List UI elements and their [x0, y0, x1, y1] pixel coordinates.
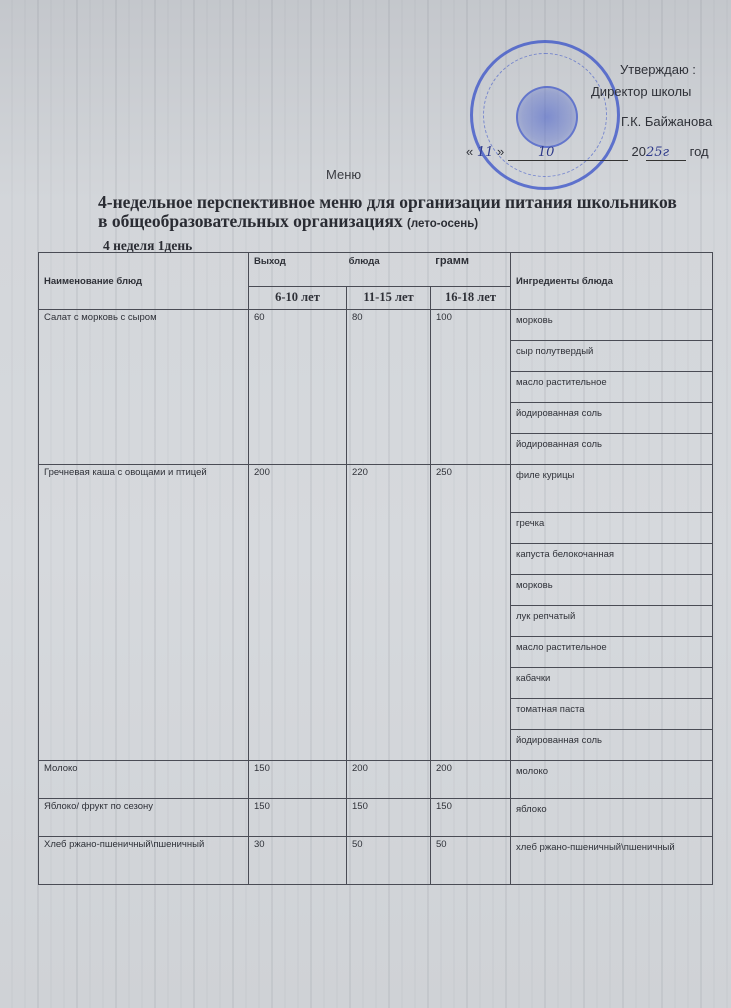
ingredient-cell: лук репчатый: [511, 606, 713, 637]
ingredient-cell: капуста белокочанная: [511, 544, 713, 575]
yield-16-18: 250: [431, 465, 511, 761]
ingredient-cell: йодированная соль: [511, 434, 713, 465]
approval-label: Утверждаю :: [620, 62, 696, 77]
yield-6-10: 30: [249, 837, 347, 885]
yield-11-15: 50: [347, 837, 431, 885]
ingredient-cell: морковь: [511, 310, 713, 341]
menu-heading: Меню: [326, 167, 361, 182]
approval-year-suffix: 25г: [646, 145, 686, 161]
dish-name: Салат с морковь с сыром: [39, 310, 249, 465]
ingredient-cell: томатная паста: [511, 699, 713, 730]
header-dish: Наименование блюд: [39, 253, 249, 310]
header-output-3: грамм: [435, 255, 469, 267]
yield-16-18: 150: [431, 799, 511, 837]
dish-name: Молоко: [39, 761, 249, 799]
table-row: Хлеб ржано-пшеничный\пшеничный305050хлеб…: [39, 837, 713, 885]
yield-6-10: 150: [249, 799, 347, 837]
approval-year-prefix: 20: [632, 144, 646, 159]
table-row: Салат с морковь с сыром6080100морковь: [39, 310, 713, 341]
ingredient-cell: молоко: [511, 761, 713, 799]
quote-open: «: [466, 144, 473, 159]
approval-month: 10: [508, 145, 628, 161]
yield-16-18: 50: [431, 837, 511, 885]
yield-6-10: 60: [249, 310, 347, 465]
yield-11-15: 80: [347, 310, 431, 465]
dish-name: Хлеб ржано-пшеничный\пшеничный: [39, 837, 249, 885]
official-stamp: [470, 40, 620, 190]
yield-6-10: 200: [249, 465, 347, 761]
header-output-2: блюда: [349, 256, 433, 267]
table-row: Яблоко/ фрукт по сезону150150150яблоко: [39, 799, 713, 837]
ingredient-cell: филе курицы: [511, 465, 713, 513]
header-age-16-18: 16-18 лет: [431, 286, 511, 309]
header-row-1: Наименование блюд Выход блюда грамм Ингр…: [39, 253, 713, 287]
header-age-11-15: 11-15 лет: [347, 286, 431, 309]
yield-16-18: 100: [431, 310, 511, 465]
header-output: Выход блюда грамм: [249, 253, 511, 287]
yield-16-18: 200: [431, 761, 511, 799]
scanned-page: Утверждаю : Директор школы Г.К. Байжанов…: [0, 0, 731, 1008]
approval-position: Директор школы: [591, 84, 691, 99]
dish-name: Яблоко/ фрукт по сезону: [39, 799, 249, 837]
state-emblem-icon: [516, 86, 578, 148]
ingredient-cell: масло растительное: [511, 372, 713, 403]
ingredient-cell: яблоко: [511, 799, 713, 837]
yield-11-15: 220: [347, 465, 431, 761]
yield-11-15: 150: [347, 799, 431, 837]
ingredient-cell: йодированная соль: [511, 730, 713, 761]
ingredient-cell: масло растительное: [511, 637, 713, 668]
menu-table-body: Салат с морковь с сыром6080100морковьсыр…: [39, 310, 713, 885]
header-output-1: Выход: [254, 256, 346, 267]
yield-11-15: 200: [347, 761, 431, 799]
table-row: Молоко150200200молоко: [39, 761, 713, 799]
header-ingredients: Ингредиенты блюда: [511, 253, 713, 310]
document-title: 4-недельное перспективное меню для орган…: [98, 193, 718, 234]
approval-name: Г.К. Байжанова: [621, 114, 712, 129]
approval-year-word: год: [690, 144, 709, 159]
approval-month-value: 10: [538, 145, 555, 160]
ingredient-cell: кабачки: [511, 668, 713, 699]
ingredient-cell: гречка: [511, 513, 713, 544]
title-line-1: 4-недельное перспективное меню для орган…: [98, 193, 718, 212]
dish-name: Гречневая каша с овощами и птицей: [39, 465, 249, 761]
title-line-2-text: в общеобразовательных организациях: [98, 211, 403, 231]
ingredient-cell: морковь: [511, 575, 713, 606]
season-label: (лето-осень): [407, 218, 478, 230]
table-row: Гречневая каша с овощами и птицей2002202…: [39, 465, 713, 513]
title-line-2: в общеобразовательных организациях (лето…: [98, 212, 718, 234]
header-age-6-10: 6-10 лет: [249, 286, 347, 309]
approval-date: « 11 » 10 2025г год: [466, 144, 709, 161]
menu-table: Наименование блюд Выход блюда грамм Ингр…: [38, 252, 713, 885]
ingredient-cell: сыр полутвердый: [511, 341, 713, 372]
quote-close: »: [497, 144, 504, 159]
yield-6-10: 150: [249, 761, 347, 799]
ingredient-cell: хлеб ржано-пшеничный\пшеничный: [511, 837, 713, 885]
approval-day: 11: [477, 145, 494, 160]
ingredient-cell: йодированная соль: [511, 403, 713, 434]
